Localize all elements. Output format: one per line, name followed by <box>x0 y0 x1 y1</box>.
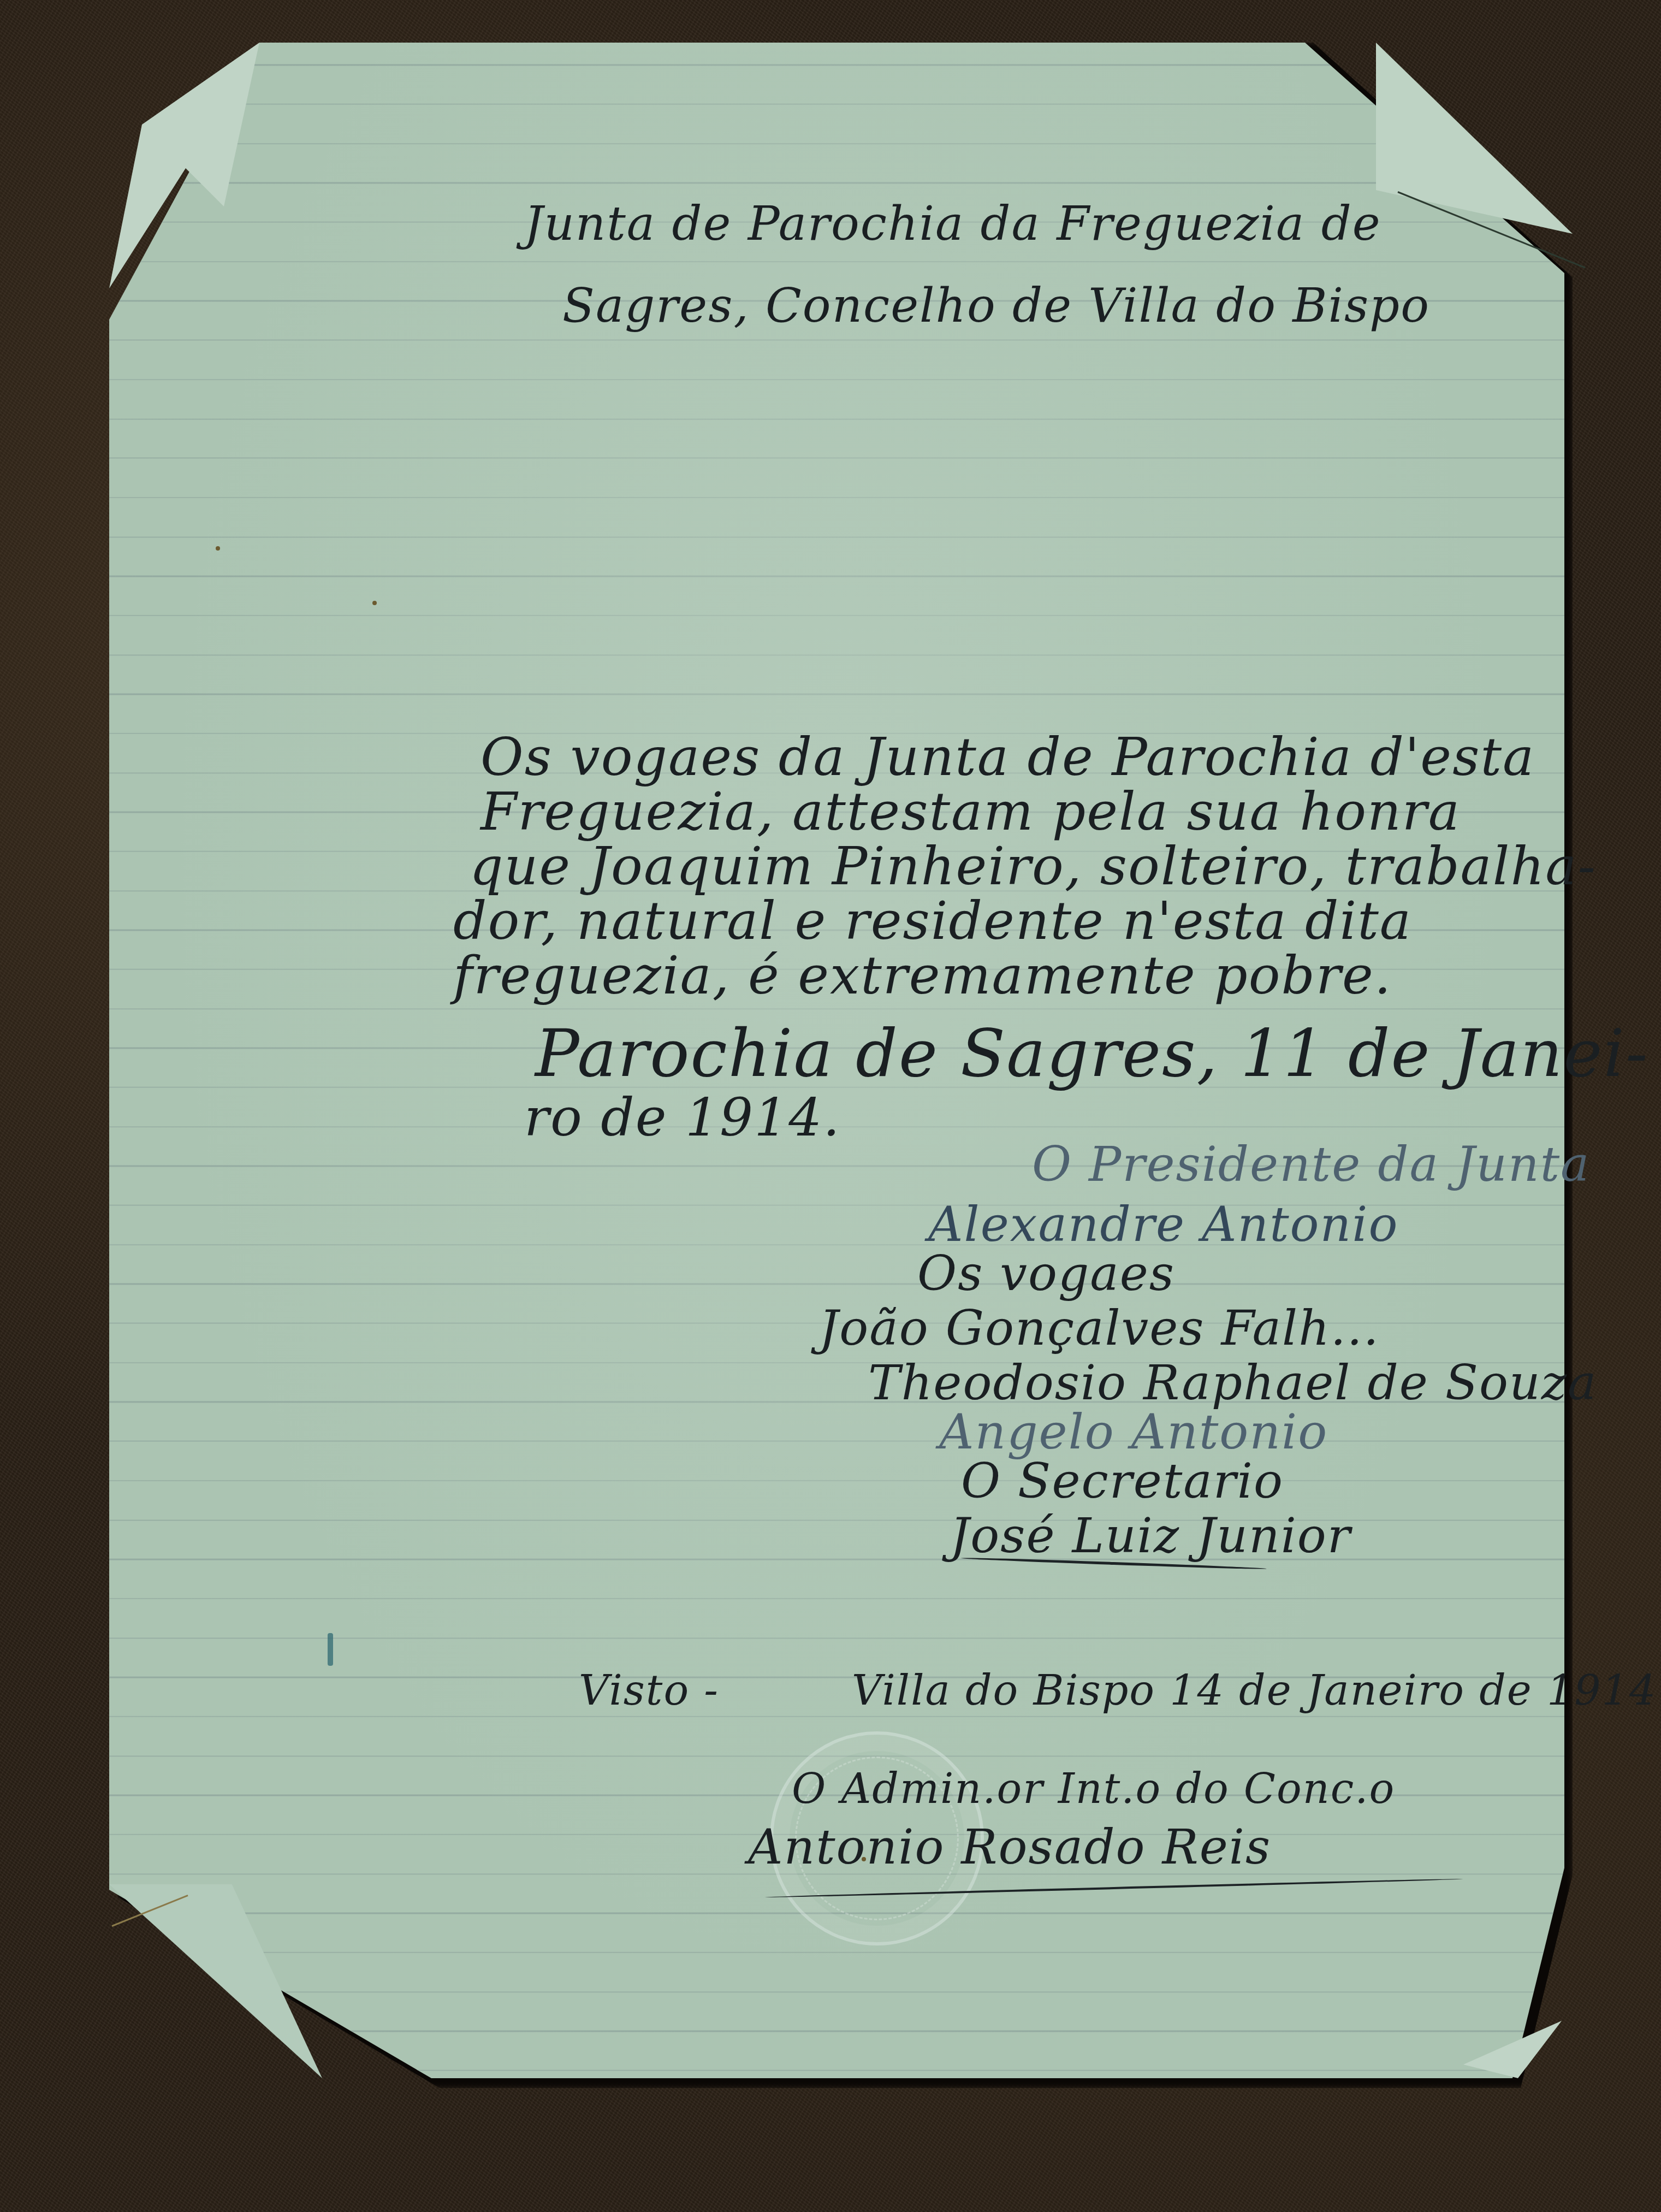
dateline-line-2: ro de 1914. <box>524 1087 841 1148</box>
president-signature: Alexandre Antonio <box>928 1196 1398 1252</box>
vogal-signature-1: João Gonçalves Falh... <box>819 1300 1380 1356</box>
official-title: O Admin.or Int.o do Conc.o <box>792 1764 1395 1813</box>
vogaes-label: Os vogaes <box>917 1245 1175 1302</box>
secretary-signature: José Luiz Junior <box>950 1507 1351 1564</box>
body-line-2: Freguezia, attestam pela sua honra <box>480 781 1461 842</box>
body-line-5: freguezia, é extremamente pobre. <box>453 945 1392 1006</box>
secretary-label: O Secretario <box>961 1453 1284 1509</box>
endorsement-place-date: Villa do Bispo 14 de Janeiro de 1914 <box>852 1666 1657 1714</box>
ink-mark <box>328 1633 333 1666</box>
paper-spot <box>372 601 377 605</box>
president-label: O Presidente da Junta <box>1032 1136 1591 1192</box>
body-line-3: que Joaquim Pinheiro, solteiro, trabalha… <box>470 836 1597 897</box>
official-signature: Antonio Rosado Reis <box>748 1819 1271 1875</box>
body-line-1: Os vogaes da Junta de Parochia d'esta <box>480 726 1535 788</box>
vogal-signature-3: Angelo Antonio <box>939 1404 1328 1460</box>
body-line-4: dor, natural e residente n'esta dita <box>453 890 1412 951</box>
header-line-2: Sagres, Concelho de Villa do Bispo <box>562 279 1430 333</box>
dateline-line-1: Parochia de Sagres, 11 de Janei- <box>535 1016 1649 1092</box>
header-line-1: Junta de Parochia da Freguezia de <box>524 197 1381 251</box>
vogal-signature-2: Theodosio Raphael de Souza <box>868 1355 1598 1411</box>
paper-spot <box>216 546 220 551</box>
visto-label: Visto - <box>579 1666 719 1714</box>
